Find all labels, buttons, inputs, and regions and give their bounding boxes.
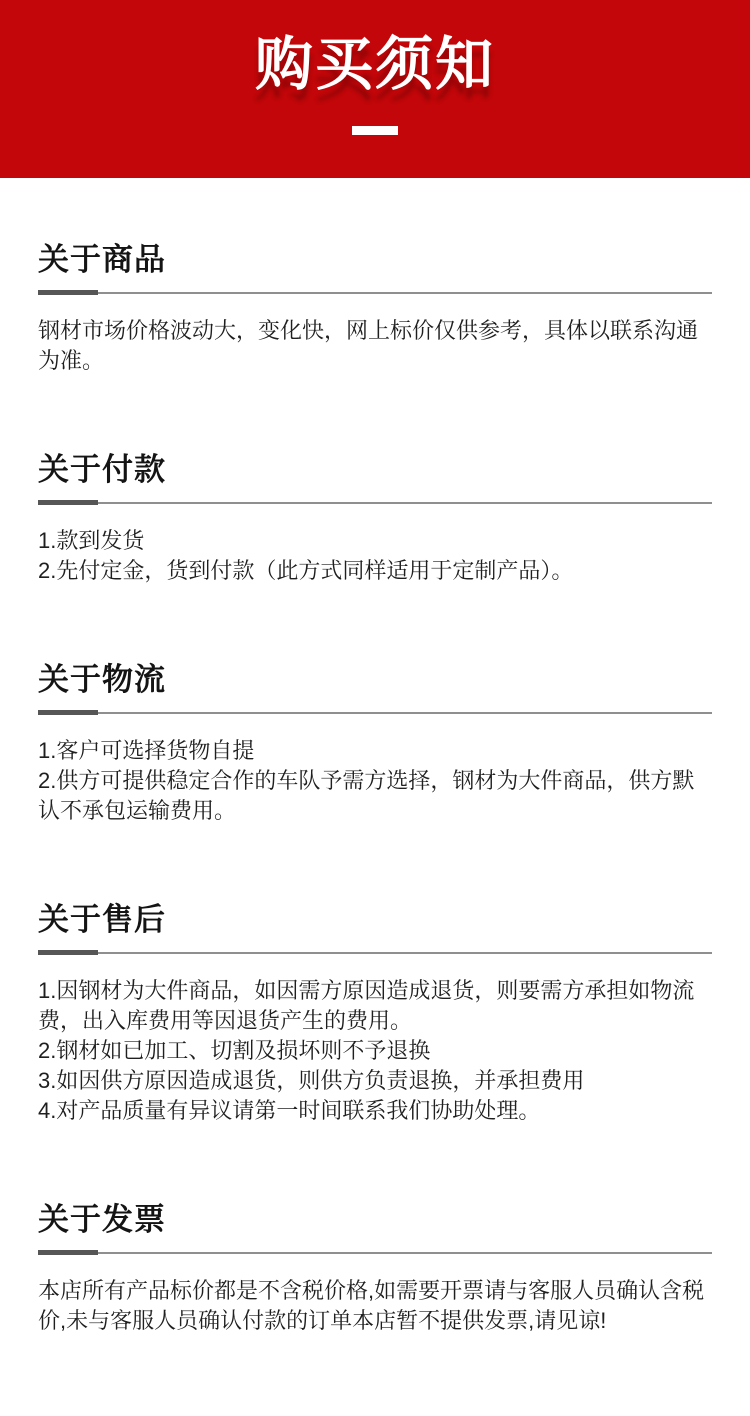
divider-accent (38, 290, 98, 295)
body-text: 1.款到发货 (38, 526, 712, 556)
section-heading: 关于物流 (38, 662, 712, 698)
divider-accent (38, 1250, 98, 1255)
section-body: 钢材市场价格波动大，变化快，网上标价仅供参考，具体以联系沟通为准。 (38, 316, 712, 376)
divider-accent (38, 500, 98, 505)
body-text: 3.如因供方原因造成退货，则供方负责退换，并承担费用 (38, 1066, 712, 1096)
section-heading: 关于商品 (38, 242, 712, 278)
section-divider (38, 500, 712, 506)
section-heading: 关于发票 (38, 1202, 712, 1238)
section-divider (38, 1250, 712, 1256)
divider-accent (38, 950, 98, 955)
section-about-invoice: 关于发票 本店所有产品标价都是不含税价格,如需要开票请与客服人员确认含税价,未与… (38, 1202, 712, 1336)
section-body: 1.因钢材为大件商品，如因需方原因造成退货，则要需方承担如物流费，出入库费用等因… (38, 976, 712, 1126)
section-body: 1.款到发货 2.先付定金，货到付款（此方式同样适用于定制产品）。 (38, 526, 712, 586)
section-about-aftersales: 关于售后 1.因钢材为大件商品，如因需方原因造成退货，则要需方承担如物流费，出入… (38, 902, 712, 1126)
divider-accent (38, 710, 98, 715)
section-about-product: 关于商品 钢材市场价格波动大，变化快，网上标价仅供参考，具体以联系沟通为准。 (38, 242, 712, 376)
section-body: 1.客户可选择货物自提 2.供方可提供稳定合作的车队予需方选择，钢材为大件商品，… (38, 736, 712, 826)
section-heading: 关于付款 (38, 452, 712, 488)
body-text: 2.先付定金，货到付款（此方式同样适用于定制产品）。 (38, 556, 712, 586)
divider-line (38, 1252, 712, 1254)
body-text: 1.客户可选择货物自提 (38, 736, 712, 766)
banner: 购买须知 (0, 0, 750, 178)
body-text: 2.供方可提供稳定合作的车队予需方选择，钢材为大件商品，供方默认不承包运输费用。 (38, 766, 712, 826)
divider-line (38, 712, 712, 714)
body-text: 2.钢材如已加工、切割及损坏则不予退换 (38, 1036, 712, 1066)
divider-line (38, 952, 712, 954)
section-heading: 关于售后 (38, 902, 712, 938)
section-divider (38, 950, 712, 956)
purchase-notice-page: 购买须知 关于商品 钢材市场价格波动大，变化快，网上标价仅供参考，具体以联系沟通… (0, 0, 750, 1416)
banner-dash (352, 126, 398, 135)
body-text: 4.对产品质量有异议请第一时间联系我们协助处理。 (38, 1096, 712, 1126)
body-text: 1.因钢材为大件商品，如因需方原因造成退货，则要需方承担如物流费，出入库费用等因… (38, 976, 712, 1036)
page-title: 购买须知 (0, 0, 750, 94)
body-text: 钢材市场价格波动大，变化快，网上标价仅供参考，具体以联系沟通为准。 (38, 316, 712, 376)
section-about-payment: 关于付款 1.款到发货 2.先付定金，货到付款（此方式同样适用于定制产品）。 (38, 452, 712, 586)
section-divider (38, 290, 712, 296)
section-divider (38, 710, 712, 716)
divider-line (38, 502, 712, 504)
section-body: 本店所有产品标价都是不含税价格,如需要开票请与客服人员确认含税价,未与客服人员确… (38, 1276, 712, 1336)
body-text: 本店所有产品标价都是不含税价格,如需要开票请与客服人员确认含税价,未与客服人员确… (38, 1276, 712, 1336)
section-about-logistics: 关于物流 1.客户可选择货物自提 2.供方可提供稳定合作的车队予需方选择，钢材为… (38, 662, 712, 826)
sections: 关于商品 钢材市场价格波动大，变化快，网上标价仅供参考，具体以联系沟通为准。 关… (0, 242, 750, 1336)
divider-line (38, 292, 712, 294)
